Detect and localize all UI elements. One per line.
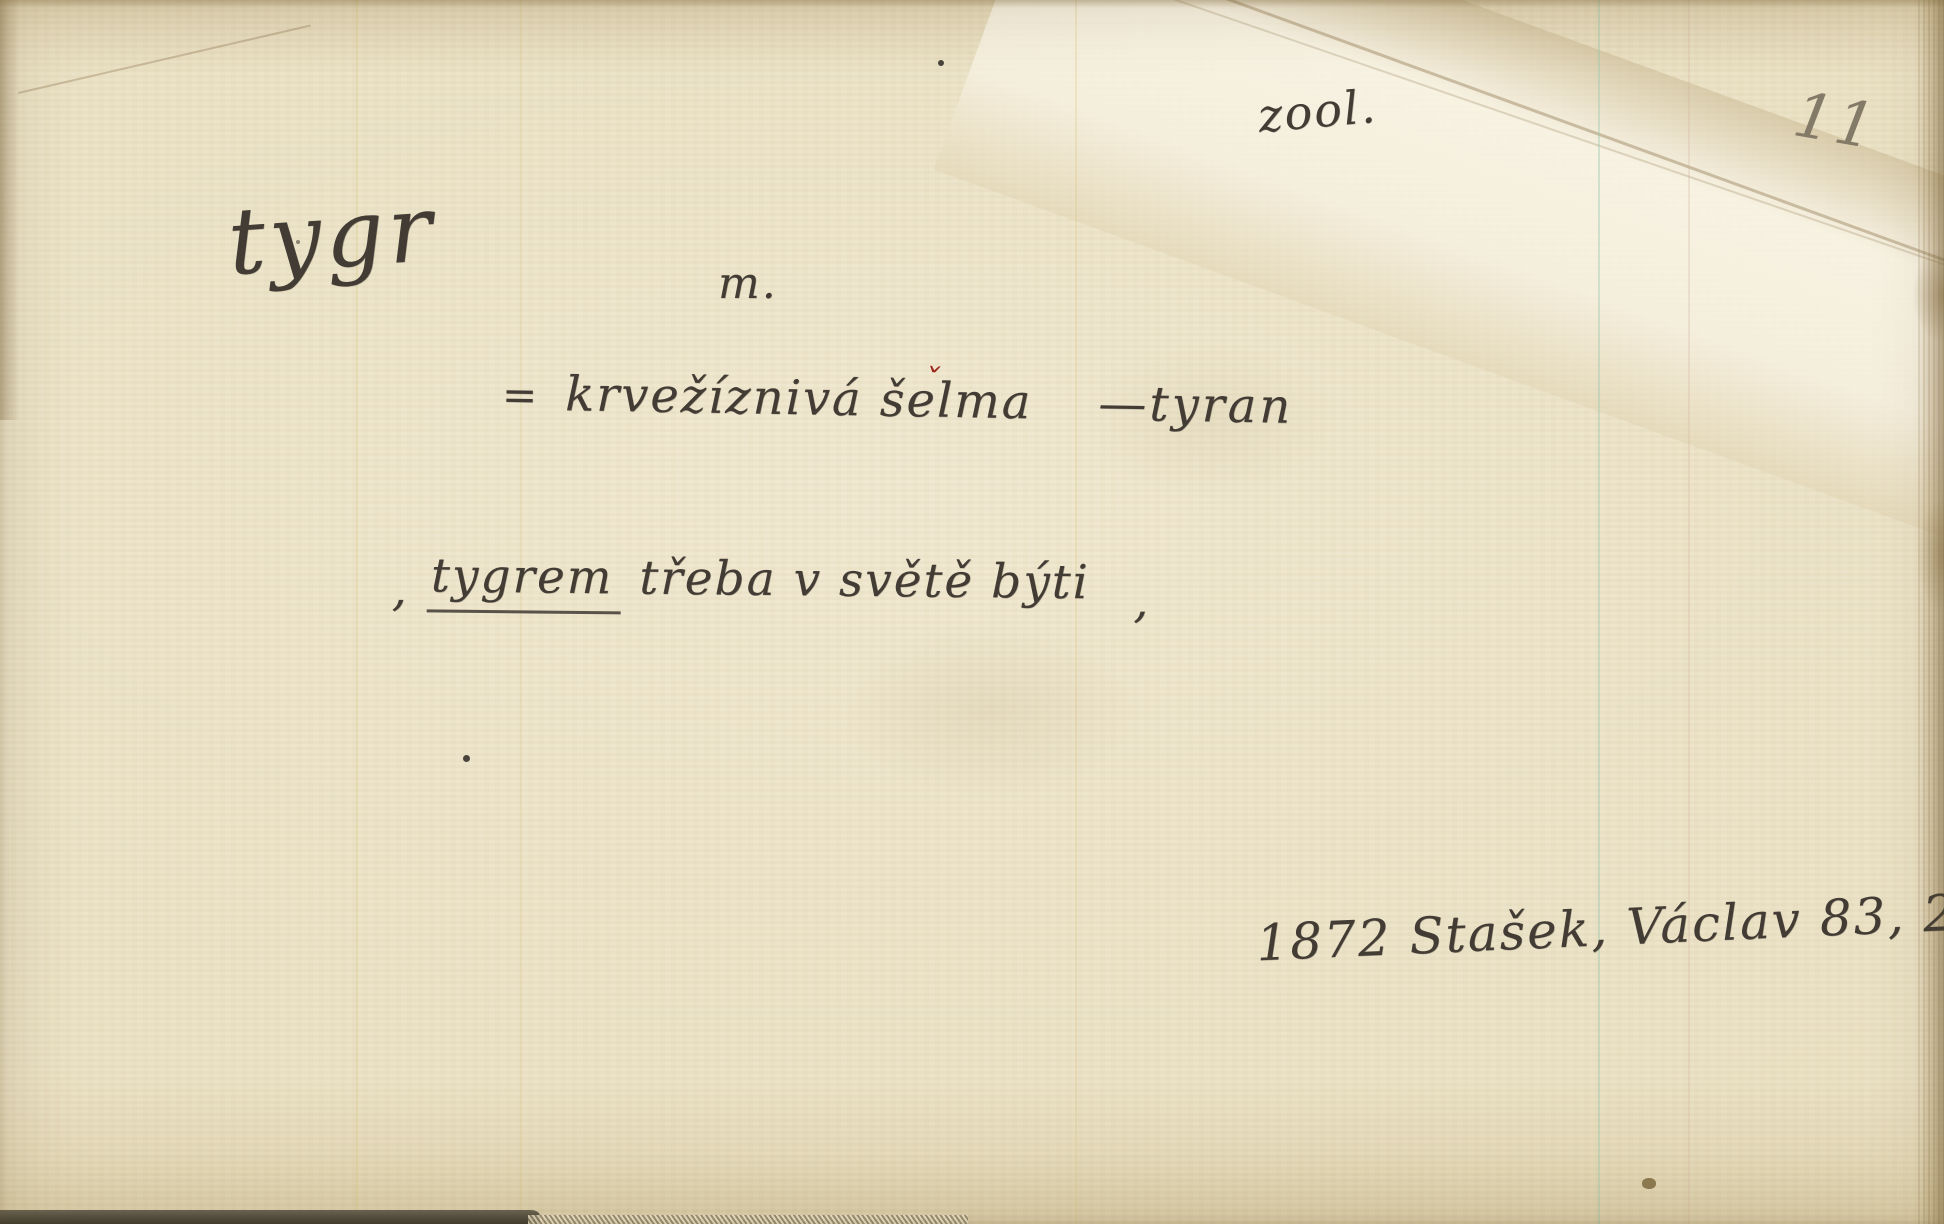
scanned-card: zool. 11 tygr m. = krvežíznivá šelma —ty… — [0, 0, 1944, 1224]
ink-speck — [938, 60, 944, 66]
gender-abbreviation: m. — [718, 258, 778, 309]
left-edge-shadow — [0, 0, 20, 420]
opening-comma: , — [392, 562, 410, 617]
right-edge-dark-patch — [1914, 250, 1944, 340]
paper-spot — [1642, 1178, 1656, 1189]
headword: tygr — [225, 175, 440, 296]
underlined-word: tygrem — [427, 548, 622, 614]
closing-comma: , — [1133, 574, 1151, 629]
top-left-crease-line — [18, 25, 311, 94]
synonym-group: —tyran — [1098, 376, 1294, 435]
paper-stain — [840, 620, 1140, 800]
classification-note: zool. — [1256, 79, 1379, 143]
synonym: tyran — [1149, 376, 1294, 435]
quotation-line: , tygrem třeba v světě býti , — [392, 548, 1151, 620]
quotation-continuation: třeba v světě býti — [639, 551, 1090, 611]
red-hacek-annotation: ˇ — [921, 361, 941, 402]
corner-pencil-mark: 11 — [1788, 77, 1882, 163]
equals-sign: = — [502, 370, 540, 420]
bottom-edge-dark-strip — [0, 1210, 540, 1224]
right-edge-texture — [1918, 0, 1944, 1224]
right-edge-dark-patch — [1918, 500, 1944, 610]
dash: — — [1098, 376, 1150, 433]
definition-gloss: krvežíznivá šelma — [565, 366, 1033, 430]
source-citation: 1872 Stašek, Václav 83, 21. — [1255, 882, 1944, 973]
top-edge-shadow — [0, 0, 1944, 8]
bottom-edge-hatch — [528, 1215, 968, 1224]
ink-speck — [463, 755, 470, 762]
